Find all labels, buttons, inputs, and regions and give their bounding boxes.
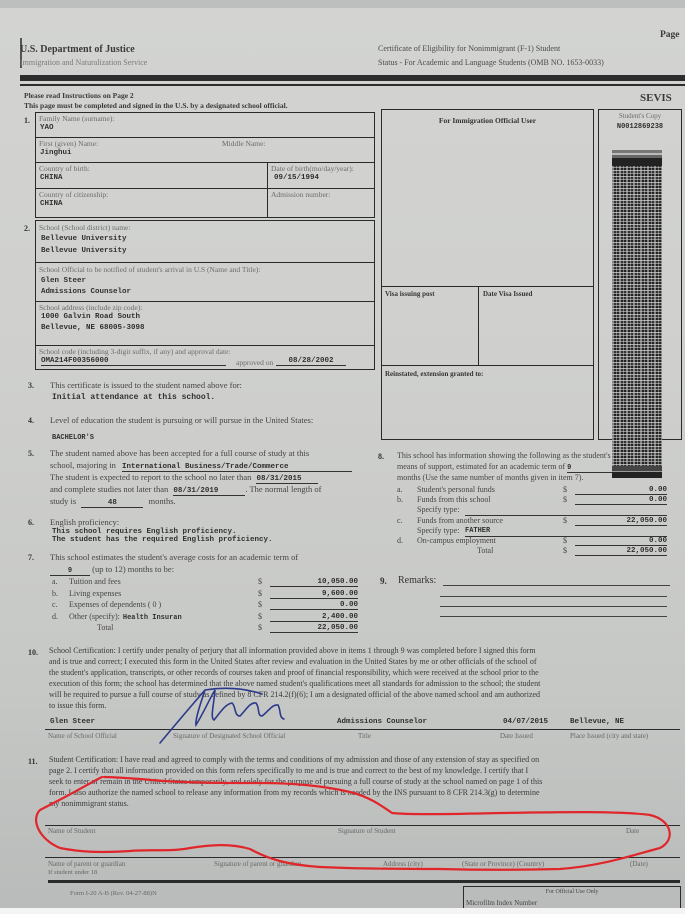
support-row-label: Total bbox=[477, 546, 493, 555]
school-official-name-label: Name of School Official bbox=[48, 732, 117, 740]
school-name-line-1: Bellevue University bbox=[41, 235, 127, 243]
scan-edge bbox=[0, 0, 685, 8]
cost-row-label: Living expenses bbox=[69, 589, 121, 598]
section-5-line-5: study is 48 months. bbox=[50, 496, 176, 508]
currency-sign: $ bbox=[563, 495, 567, 504]
cost-amount: 9,600.00 bbox=[270, 590, 358, 599]
first-name-label: First (given) Name: bbox=[39, 139, 98, 148]
study-length-value: 48 bbox=[81, 499, 143, 508]
cost-amount: 2,400.00 bbox=[270, 613, 358, 622]
student-date-label: Date bbox=[626, 827, 639, 835]
school-address-line-1: 1000 Galvin Road South bbox=[41, 313, 140, 321]
cost-row: a.Tuition and fees bbox=[52, 577, 121, 586]
immigration-box-title: For Immigration Official User bbox=[382, 116, 593, 125]
english-line-1: This school requires English proficiency… bbox=[52, 528, 237, 536]
remarks-label: Remarks: bbox=[398, 575, 436, 586]
section-5-line-3: The student is expected to report to the… bbox=[50, 472, 318, 484]
support-amount: 22,050.00 bbox=[575, 517, 667, 526]
remarks-line-1[interactable] bbox=[443, 585, 670, 586]
section-7-number: 7. bbox=[28, 553, 34, 562]
section-6-number: 6. bbox=[28, 518, 34, 527]
major-value: International Business/Trade/Commerce bbox=[122, 463, 352, 472]
school-official-title: Admissions Counselor bbox=[41, 288, 131, 296]
student-copy-label: Student's Copy bbox=[599, 112, 681, 120]
support-row: d.On-campus employment bbox=[397, 536, 496, 545]
cost-row-label: Expenses of dependents ( 0 ) bbox=[69, 600, 161, 609]
school-code-value: OMA214F00356000 bbox=[41, 357, 226, 366]
parent-signature-label: Signature of parent or guardian bbox=[214, 860, 301, 868]
cost-row-letter: d. bbox=[52, 612, 69, 621]
section-5-text-7: months. bbox=[148, 496, 175, 506]
certification-line: to issue this form. bbox=[49, 700, 681, 711]
school-official-signature-label: Signature of Designated School Official bbox=[173, 732, 285, 740]
support-row-letter: a. bbox=[397, 485, 417, 494]
certification-line: form. I also authorize the named school … bbox=[49, 787, 681, 798]
support-row: Total bbox=[397, 546, 493, 555]
support-amount: 0.00 bbox=[575, 486, 667, 495]
certification-line: will be required to pursue a full course… bbox=[49, 689, 681, 700]
parent-name-label: Name of parent or guardian bbox=[48, 860, 125, 868]
country-birth-label: Country of birth: bbox=[39, 164, 90, 173]
currency-sign: $ bbox=[563, 536, 567, 545]
certification-line: and is true and correct; I executed this… bbox=[49, 656, 681, 667]
support-amount: 22,050.00 bbox=[575, 547, 667, 556]
support-row-label: Funds from another source bbox=[417, 516, 503, 525]
dob-label: Date of birth(mo/day/year): bbox=[271, 164, 354, 173]
pdf417-barcode bbox=[612, 160, 662, 470]
section-8-text-2: means of support, estimated for an acade… bbox=[397, 462, 565, 471]
school-code-label: School code (including 3-digit suffix, i… bbox=[39, 347, 230, 356]
section-5-line-4: and complete studies not later than 08/3… bbox=[50, 484, 321, 496]
section-5-text-2: school, majoring in bbox=[50, 460, 116, 470]
cost-row-label: Total bbox=[97, 623, 113, 632]
cost-row: d.Other (specify):Health Insuran bbox=[52, 612, 182, 622]
certification-line: my nonimmigrant status. bbox=[49, 798, 681, 809]
support-amount: 0.00 bbox=[575, 496, 667, 505]
i20-form-page: U.S. Department of Justice Immigration a… bbox=[0, 0, 685, 914]
cost-row-label: Tuition and fees bbox=[69, 577, 121, 586]
support-amount: 0.00 bbox=[575, 537, 667, 546]
student-name-label: Name of Student bbox=[48, 827, 95, 835]
section-8-number: 8. bbox=[378, 452, 384, 461]
school-address-line-2: Bellevue, NE 68005-3098 bbox=[41, 324, 145, 332]
currency-sign: $ bbox=[258, 612, 262, 621]
section-5-number: 5. bbox=[28, 449, 34, 458]
family-name-value: YAO bbox=[40, 124, 54, 132]
section-4-value: BACHELOR'S bbox=[52, 434, 94, 442]
section-3-number: 3. bbox=[28, 381, 34, 390]
place-issued-label: Place Issued (city and state) bbox=[570, 732, 648, 740]
instructions-line-2: This page must be completed and signed i… bbox=[24, 101, 288, 110]
school-name-line-2: Bellevue University bbox=[41, 247, 127, 255]
section-3-value: Initial attendance at this school. bbox=[52, 393, 215, 402]
cost-amount: 22,050.00 bbox=[270, 624, 358, 633]
support-row-label: On-campus employment bbox=[417, 536, 496, 545]
header-rule-thick bbox=[20, 75, 685, 81]
school-name-label: School (School district) name: bbox=[39, 223, 130, 232]
barcode-top-bars bbox=[612, 150, 662, 166]
student-info-box: Family Name (surname): YAO First (given)… bbox=[35, 112, 375, 218]
cost-row-letter: a. bbox=[52, 577, 69, 586]
form-number: Form I-20 A-B (Rev. 04-27-88)N bbox=[70, 890, 157, 897]
certification-line: Student Certification: I have read and a… bbox=[49, 754, 681, 765]
cost-row-letter: c. bbox=[52, 600, 69, 609]
support-row-label: Funds from this school bbox=[417, 495, 491, 504]
support-row-label: Student's personal funds bbox=[417, 485, 495, 494]
date-issued-value: 04/07/2015 bbox=[503, 718, 548, 726]
cost-row: b.Living expenses bbox=[52, 589, 121, 598]
cost-row-label: Other (specify): bbox=[69, 612, 120, 621]
approved-on-value: 08/28/2002 bbox=[276, 357, 346, 366]
section-7-text-2: (up to 12) months to be: bbox=[92, 564, 174, 574]
currency-sign: $ bbox=[563, 516, 567, 525]
reinstated-label: Reinstated, extension granted to: bbox=[385, 370, 483, 378]
family-name-label: Family Name (surname): bbox=[39, 114, 114, 123]
complete-date-value: 08/31/2019 bbox=[173, 487, 245, 496]
official-use-title: For Official Use Only bbox=[464, 889, 680, 895]
section-4-text: Level of education the student is pursui… bbox=[50, 415, 313, 425]
currency-sign: $ bbox=[258, 577, 262, 586]
student-signature-label: Signature of Student bbox=[338, 827, 396, 835]
parent-state-label: (State or Province) (Country) bbox=[462, 860, 544, 868]
section-5-text-3: The student is expected to report to the… bbox=[50, 472, 251, 482]
title-label: Title bbox=[358, 732, 371, 740]
school-official-name-value: Glen Steer bbox=[50, 718, 95, 726]
remarks-line-4[interactable] bbox=[440, 616, 667, 617]
form-subtitle: Status - For Academic and Language Stude… bbox=[378, 58, 604, 67]
section-5-text-1: The student named above has been accepte… bbox=[50, 448, 309, 458]
support-row: b.Funds from this school bbox=[397, 495, 491, 504]
support-row: c.Funds from another source bbox=[397, 516, 503, 525]
currency-sign: $ bbox=[258, 589, 262, 598]
place-issued-value: Bellevue, NE bbox=[570, 718, 624, 726]
immigration-official-box: For Immigration Official User Visa issui… bbox=[381, 109, 594, 440]
country-citizenship-value: CHINA bbox=[40, 200, 63, 208]
section-5-text-4: and complete studies not later than bbox=[50, 484, 168, 494]
currency-sign: $ bbox=[258, 623, 262, 632]
section-10-number: 10. bbox=[28, 648, 38, 657]
student-certification-text: Student Certification: I have read and a… bbox=[49, 754, 681, 809]
section-8-text-1: This school has information showing the … bbox=[397, 451, 611, 460]
agency-title: U.S. Department of Justice bbox=[20, 44, 135, 55]
school-certification-text: School Certification: I certify under pe… bbox=[49, 645, 681, 711]
service-name: Immigration and Naturalization Service bbox=[20, 58, 147, 67]
support-row-letter: d. bbox=[397, 536, 417, 545]
currency-sign: $ bbox=[563, 546, 567, 555]
cost-amount: 0.00 bbox=[270, 601, 358, 610]
remarks-line-3[interactable] bbox=[440, 606, 667, 607]
section-2-number: 2. bbox=[24, 224, 30, 233]
english-line-2: The student has the required English pro… bbox=[52, 536, 273, 544]
certification-line: School Certification: I certify under pe… bbox=[49, 645, 681, 656]
section-5-line-2: school, majoring in International Busine… bbox=[50, 460, 352, 472]
school-official-title-value: Admissions Counselor bbox=[337, 718, 427, 726]
form-title: Certificate of Eligibility for Nonimmigr… bbox=[378, 44, 560, 53]
section-8-text-3: months (Use the same number of months gi… bbox=[397, 473, 583, 482]
country-birth-value: CHINA bbox=[40, 174, 63, 182]
section-7-text-1: This school estimates the student's aver… bbox=[50, 552, 298, 562]
support-row: a.Student's personal funds bbox=[397, 485, 495, 494]
student-signature-line[interactable] bbox=[45, 825, 680, 826]
certification-line: seek to enter or remain in the United St… bbox=[49, 776, 681, 787]
remarks-line-2[interactable] bbox=[440, 596, 667, 597]
scan-bottom-edge bbox=[0, 908, 685, 914]
date-visa-issued-label: Date Visa Issued bbox=[483, 290, 532, 298]
middle-name-label: Middle Name: bbox=[222, 139, 266, 148]
currency-sign: $ bbox=[258, 600, 262, 609]
page-label: Page bbox=[660, 30, 680, 40]
parent-name-sublabel: If student under 18 bbox=[48, 869, 97, 876]
section-11-number: 11. bbox=[28, 757, 38, 766]
school-info-box: School (School district) name: Bellevue … bbox=[35, 220, 375, 370]
cost-row: c.Expenses of dependents ( 0 ) bbox=[52, 600, 161, 609]
section-7-months: 9 bbox=[50, 567, 90, 576]
support-row-letter: b. bbox=[397, 495, 417, 504]
visa-issuing-post-label: Visa issuing post bbox=[385, 290, 435, 298]
certification-line: page 2. I certify that all information p… bbox=[49, 765, 681, 776]
admission-number-label: Admission number: bbox=[271, 190, 330, 199]
support-row: Specify type: bbox=[397, 505, 459, 514]
support-row-label: Specify type: bbox=[417, 505, 459, 514]
microfilm-label: Microfilm Index Number bbox=[466, 899, 537, 907]
cost-row-specify: Health Insuran bbox=[123, 614, 182, 622]
school-official-name: Glen Steer bbox=[41, 277, 86, 285]
cost-row-letter: b. bbox=[52, 589, 69, 598]
section-5-text-5: . The normal length of bbox=[245, 484, 321, 494]
support-row-letter: c. bbox=[397, 516, 417, 525]
section-3-text: This certificate is issued to the studen… bbox=[50, 380, 242, 390]
dob-value: 09/15/1994 bbox=[274, 174, 319, 182]
barcode-bottom-bars bbox=[612, 466, 662, 478]
country-citizenship-label: Country of citizenship: bbox=[39, 190, 108, 199]
support-row-label: Specify type: bbox=[417, 526, 459, 535]
report-date-value: 08/31/2015 bbox=[256, 475, 318, 484]
school-official-label: School Official to be notified of studen… bbox=[39, 265, 260, 274]
section-1-number: 1. bbox=[24, 116, 30, 125]
parent-date-label: (Date) bbox=[630, 860, 648, 868]
certification-line: the student's application, transcripts, … bbox=[49, 667, 681, 678]
certification-line: execution of this form; the school has d… bbox=[49, 678, 681, 689]
section-4-number: 4. bbox=[28, 416, 34, 425]
school-signature-line bbox=[45, 729, 680, 730]
footer-rule bbox=[48, 880, 680, 883]
parent-address-label: Address (city) bbox=[383, 860, 423, 868]
section-5-text-6: study is bbox=[50, 496, 76, 506]
cost-amount: 10,050.00 bbox=[270, 578, 358, 587]
school-address-label: School address (include zip code): bbox=[39, 303, 142, 312]
instructions-line-1: Please read Instructions on Page 2 bbox=[24, 91, 134, 100]
cost-row: Total bbox=[52, 623, 113, 632]
section-6-text: English proficiency: bbox=[50, 517, 119, 527]
parent-signature-line[interactable] bbox=[45, 857, 680, 858]
first-name-value: Jinghui bbox=[40, 149, 72, 157]
approved-on-label: approved on bbox=[236, 358, 273, 367]
section-7-line-2: 9 (up to 12) months to be: bbox=[50, 564, 174, 576]
section-9-number: 9. bbox=[380, 576, 387, 586]
sevis-label: SEVIS bbox=[640, 92, 672, 104]
header-rule-thin bbox=[20, 84, 685, 86]
section-8-line-2: means of support, estimated for an acade… bbox=[397, 462, 627, 473]
sevis-id: N0012869238 bbox=[599, 123, 681, 131]
date-issued-label: Date Issued bbox=[500, 732, 533, 740]
currency-sign: $ bbox=[563, 485, 567, 494]
support-row: Specify type: bbox=[397, 526, 459, 535]
